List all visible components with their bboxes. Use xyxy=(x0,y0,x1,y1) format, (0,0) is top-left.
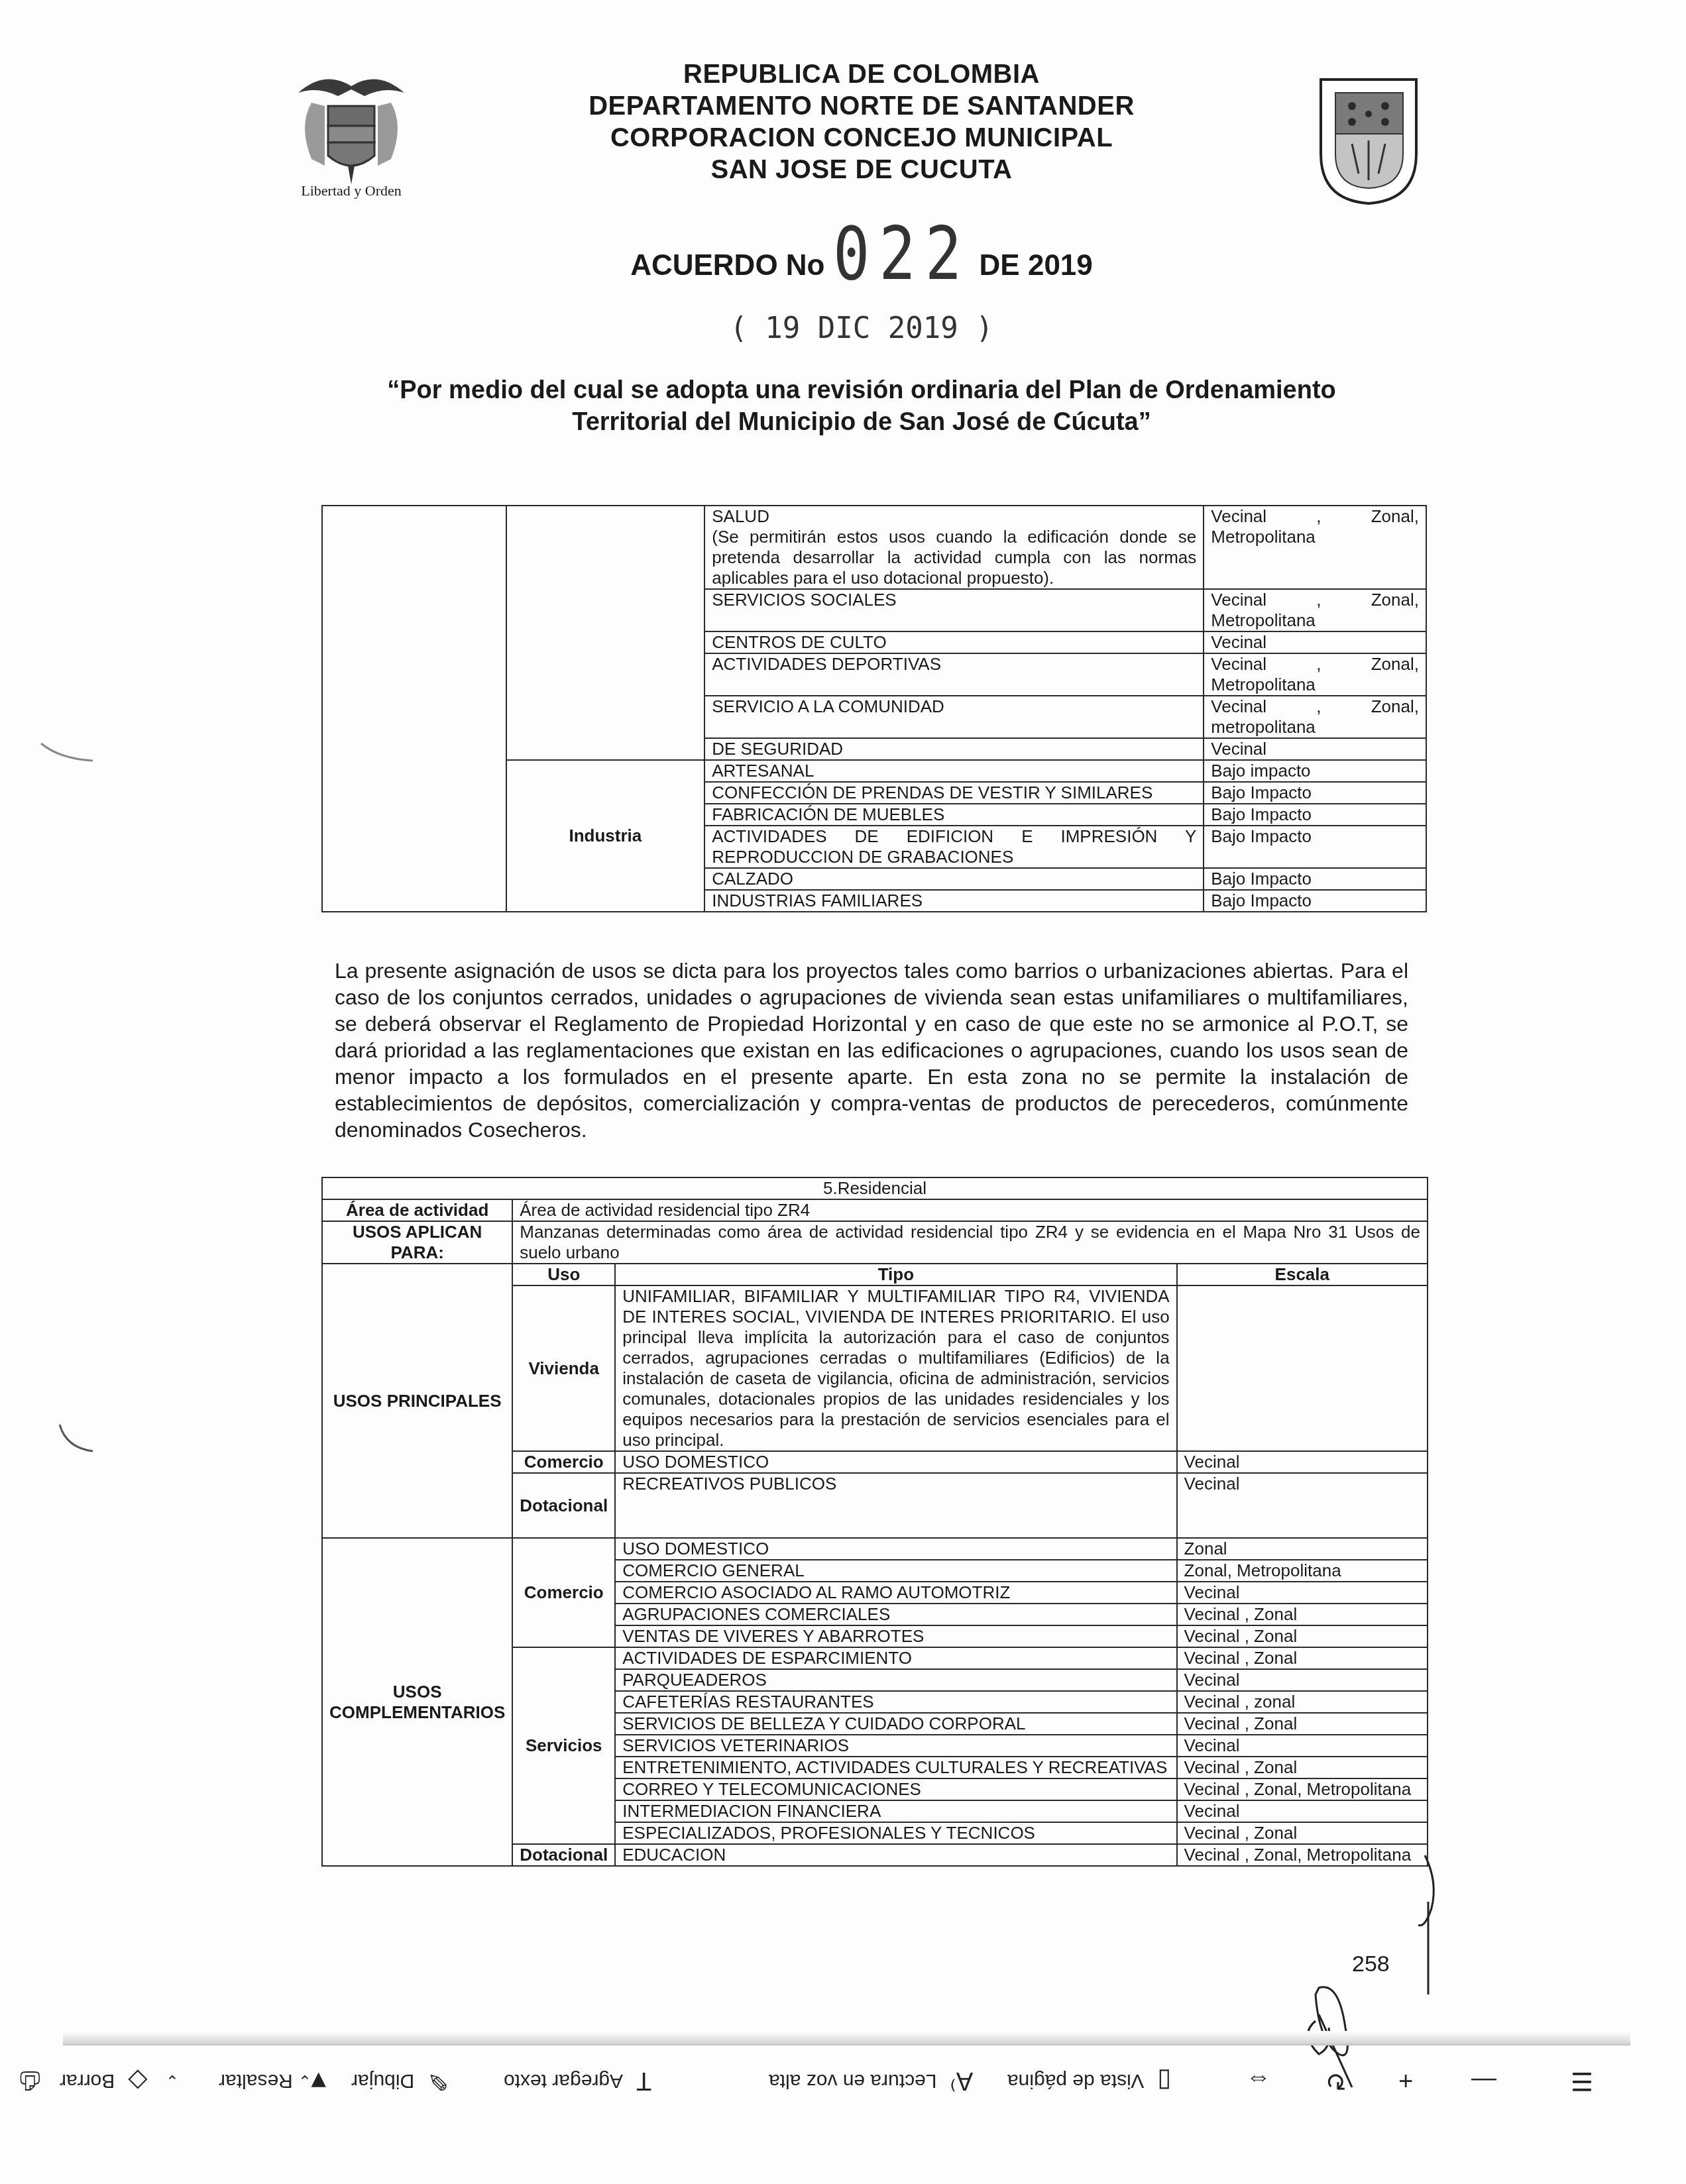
escala-cell: Vecinal , Zonal xyxy=(1177,1822,1428,1844)
tipo-cell: INDUSTRIAS FAMILIARES xyxy=(704,890,1204,912)
fit-width-icon: ⇔ xyxy=(1246,2068,1271,2093)
tipo-cell: COMERCIO ASOCIADO AL RAMO AUTOMOTRIZ xyxy=(615,1582,1176,1604)
escala-cell: Zonal, Metropolitana xyxy=(1177,1560,1428,1582)
print-icon: ⎙ xyxy=(20,2068,40,2093)
tipo-cell: ACTIVIDADES DEPORTIVAS xyxy=(704,653,1204,696)
tipo-cell: ENTRETENIMIENTO, ACTIVIDADES CULTURALES … xyxy=(615,1757,1176,1778)
tipo-cell: UNIFAMILIAR, BIFAMILIAR Y MULTIFAMILIAR … xyxy=(615,1285,1176,1451)
tipo-cell: CALZADO xyxy=(704,868,1204,890)
section-label: USOS PRINCIPALES xyxy=(322,1264,512,1538)
column-header: Uso xyxy=(512,1264,615,1285)
table-title-row: 5.Residencial xyxy=(322,1177,1428,1199)
escala-cell: Vecinal , Zonal, Metropolitana xyxy=(1204,506,1426,589)
title-line-1: “Por medio del cual se adopta una revisi… xyxy=(292,374,1432,406)
zoom-out-icon: — xyxy=(1471,2068,1496,2093)
tipo-cell: RECREATIVOS PUBLICOS xyxy=(615,1473,1176,1538)
toolbar-label: Vista de página xyxy=(1007,2069,1144,2092)
toolbar-label: Borrar xyxy=(60,2069,115,2092)
vista-de-página-button[interactable]: ▯Vista de página xyxy=(1007,2054,1171,2107)
list-button[interactable]: ☰ xyxy=(1571,2054,1593,2107)
uso-cell: Vivienda xyxy=(512,1285,615,1451)
column-header: Escala xyxy=(1177,1264,1428,1285)
tipo-cell: CENTROS DE CULTO xyxy=(704,631,1204,653)
zoom-out-button[interactable]: — xyxy=(1471,2054,1496,2107)
borrar-button[interactable]: ◇Borrar xyxy=(60,2054,148,2107)
list-icon: ☰ xyxy=(1571,2068,1593,2093)
agregar-texto-button[interactable]: TAgregar texto xyxy=(504,2054,651,2107)
tipo-cell: SERVICIOS VETERINARIOS xyxy=(615,1735,1176,1757)
aplican-value: Manzanas determinadas como área de activ… xyxy=(512,1221,1428,1264)
resaltar-button[interactable]: ▼Resaltar⌄ xyxy=(166,2054,331,2107)
escala-cell: Bajo Impacto xyxy=(1204,782,1426,804)
tipo-cell: ARTESANAL xyxy=(704,760,1204,782)
acuerdo-number: 022 xyxy=(833,211,971,296)
escala-cell: Vecinal , Zonal xyxy=(1177,1647,1428,1669)
rotate-button[interactable]: ↻ xyxy=(1325,2054,1347,2107)
add-text-icon: T xyxy=(636,2068,651,2093)
table-row: USOS COMPLEMENTARIOSComercioUSO DOMESTIC… xyxy=(322,1538,1428,1560)
tipo-cell: SERVICIOS DE BELLEZA Y CUIDADO CORPORAL xyxy=(615,1713,1176,1735)
toolbar-separator xyxy=(63,2031,1630,2046)
escala-cell: Vecinal xyxy=(1177,1735,1428,1757)
header-line-1: REPUBLICA DE COLOMBIA xyxy=(464,58,1259,90)
escala-cell: Vecinal , Zonal, Metropolitana xyxy=(1204,653,1426,696)
tipo-cell: VENTAS DE VIVERES Y ABARROTES xyxy=(615,1625,1176,1647)
escala-cell: Vecinal , Zonal xyxy=(1177,1757,1428,1778)
fit-width-button[interactable]: ⇔ xyxy=(1246,2054,1271,2107)
draw-icon: ✎ xyxy=(427,2068,449,2093)
motto-text: Libertad y Orden xyxy=(278,182,424,199)
escala-cell: Vecinal xyxy=(1204,631,1426,653)
section-label: USOS COMPLEMENTARIOS xyxy=(322,1538,512,1866)
escala-cell: Bajo impacto xyxy=(1204,760,1426,782)
tipo-cell: DE SEGURIDAD xyxy=(704,738,1204,760)
area-label: Área de actividad xyxy=(322,1199,512,1221)
escala-cell: Vecinal , Zonal, Metropolitana xyxy=(1204,589,1426,631)
escala-cell: Vecinal xyxy=(1177,1473,1428,1538)
header-line-4: SAN JOSE DE CUCUTA xyxy=(464,154,1259,186)
uso-cell: Industria xyxy=(506,760,705,912)
escala-cell: Bajo Impacto xyxy=(1204,826,1426,868)
uses-table-continued: SALUD (Se permitirán estos usos cuando l… xyxy=(321,505,1427,912)
area-value: Área de actividad residencial tipo ZR4 xyxy=(512,1199,1428,1221)
escala-cell: Vecinal xyxy=(1177,1451,1428,1473)
toolbar-label: Resaltar xyxy=(219,2069,293,2092)
chevron-down-icon[interactable]: ⌄ xyxy=(166,2071,179,2091)
tipo-cell: ACTIVIDADES DE EDIFICION E IMPRESIÓN Y R… xyxy=(704,826,1204,868)
toolbar-label: Lectura en voz alta xyxy=(769,2069,937,2092)
tipo-cell: ACTIVIDADES DE ESPARCIMIENTO xyxy=(615,1647,1176,1669)
tipo-cell: AGRUPACIONES COMERCIALES xyxy=(615,1604,1176,1625)
tipo-cell: FABRICACIÓN DE MUEBLES xyxy=(704,804,1204,826)
tipo-cell: SALUD (Se permitirán estos usos cuando l… xyxy=(704,506,1204,589)
escala-cell xyxy=(1177,1285,1428,1451)
date-stamp: ( 19 DIC 2019 ) xyxy=(464,311,1259,345)
escala-cell: Vecinal , Zonal, Metropolitana xyxy=(1177,1844,1428,1866)
escala-cell: Vecinal , Zonal xyxy=(1177,1604,1428,1625)
escala-cell: Bajo Impacto xyxy=(1204,868,1426,890)
zoom-in-icon: + xyxy=(1398,2068,1413,2093)
escala-cell: Vecinal , Zonal xyxy=(1177,1625,1428,1647)
toolbar-label: Agregar texto xyxy=(504,2069,623,2092)
page-number: 258 xyxy=(1352,1951,1390,1977)
tipo-cell: SERVICIOS SOCIALES xyxy=(704,589,1204,631)
uso-cell: Dotacional xyxy=(512,1844,615,1866)
residential-zone-table: 5.Residencial Área de actividad Área de … xyxy=(321,1177,1428,1867)
zoom-in-button[interactable]: + xyxy=(1398,2054,1413,2107)
table-title: 5.Residencial xyxy=(322,1177,1428,1199)
tipo-cell: COMERCIO GENERAL xyxy=(615,1560,1176,1582)
escala-cell: Vecinal xyxy=(1177,1669,1428,1691)
cucuta-coat-of-arms-icon xyxy=(1316,74,1422,207)
viewer-toolbar: ☰—+↻⇔▯Vista de páginaA⁾Lectura en voz al… xyxy=(0,2054,1686,2107)
tipo-cell: CORREO Y TELECOMUNICACIONES xyxy=(615,1778,1176,1800)
uso-cell xyxy=(506,506,705,760)
escala-cell: Vecinal , zonal xyxy=(1177,1691,1428,1713)
header-line-3: CORPORACION CONCEJO MUNICIPAL xyxy=(464,122,1259,154)
toolbar-label: Dibujar xyxy=(351,2069,414,2092)
uso-cell: Comercio xyxy=(512,1538,615,1647)
escala-cell: Bajo Impacto xyxy=(1204,804,1426,826)
table-row: SALUD (Se permitirán estos usos cuando l… xyxy=(322,506,1426,589)
tipo-cell: CONFECCIÓN DE PRENDAS DE VESTIR Y SIMILA… xyxy=(704,782,1204,804)
column-header: Tipo xyxy=(615,1264,1176,1285)
tipo-cell: USO DOMESTICO xyxy=(615,1538,1176,1560)
body-paragraph: La presente asignación de usos se dicta … xyxy=(335,957,1408,1143)
acuerdo-heading: ACUERDO No 022 DE 2019 xyxy=(464,219,1259,290)
tipo-cell: CAFETERÍAS RESTAURANTES xyxy=(615,1691,1176,1713)
header-line-2: DEPARTAMENTO NORTE DE SANTANDER xyxy=(464,90,1259,122)
title-line-2: Territorial del Municipio de San José de… xyxy=(292,406,1432,438)
escala-cell: Vecinal xyxy=(1177,1582,1428,1604)
acuerdo-year: DE 2019 xyxy=(980,249,1093,282)
read-aloud-icon: A⁾ xyxy=(950,2068,974,2093)
uso-cell: Comercio xyxy=(512,1451,615,1473)
column-header-row: USOS PRINCIPALESUsoTipoEscala xyxy=(322,1264,1428,1285)
escala-cell: Zonal xyxy=(1177,1538,1428,1560)
tipo-cell: USO DOMESTICO xyxy=(615,1451,1176,1473)
tipo-cell: EDUCACION xyxy=(615,1844,1176,1866)
document-title: “Por medio del cual se adopta una revisi… xyxy=(292,374,1432,438)
aplican-label: USOS APLICAN PARA: xyxy=(322,1221,512,1264)
uso-cell: Dotacional xyxy=(512,1473,615,1538)
lectura-en-voz-alta-button[interactable]: A⁾Lectura en voz alta xyxy=(769,2054,973,2107)
tipo-cell: SERVICIO A LA COMUNIDAD xyxy=(704,696,1204,738)
print-button[interactable]: ⎙ xyxy=(20,2054,40,2107)
acuerdo-label: ACUERDO No xyxy=(630,249,824,282)
tipo-cell: PARQUEADEROS xyxy=(615,1669,1176,1691)
tipo-cell: INTERMEDIACION FINANCIERA xyxy=(615,1800,1176,1822)
escala-cell: Vecinal , Zonal xyxy=(1177,1713,1428,1735)
rotate-icon: ↻ xyxy=(1325,2068,1347,2093)
section-cell xyxy=(322,506,506,912)
uso-cell: Servicios xyxy=(512,1647,615,1844)
area-row: Área de actividad Área de actividad resi… xyxy=(322,1199,1428,1221)
escala-cell: Vecinal , Zonal, Metropolitana xyxy=(1177,1778,1428,1800)
escala-cell: Bajo Impacto xyxy=(1204,890,1426,912)
escala-cell: Vecinal xyxy=(1177,1800,1428,1822)
escala-cell: Vecinal , Zonal, metropolitana xyxy=(1204,696,1426,738)
escala-cell: Vecinal xyxy=(1204,738,1426,760)
page-view-icon: ▯ xyxy=(1157,2068,1171,2093)
tipo-cell: ESPECIALIZADOS, PROFESIONALES Y TECNICOS xyxy=(615,1822,1176,1844)
highlight-icon: ▼ xyxy=(306,2068,331,2093)
aplican-row: USOS APLICAN PARA: Manzanas determinadas… xyxy=(322,1221,1428,1264)
eraser-icon: ◇ xyxy=(128,2068,147,2093)
